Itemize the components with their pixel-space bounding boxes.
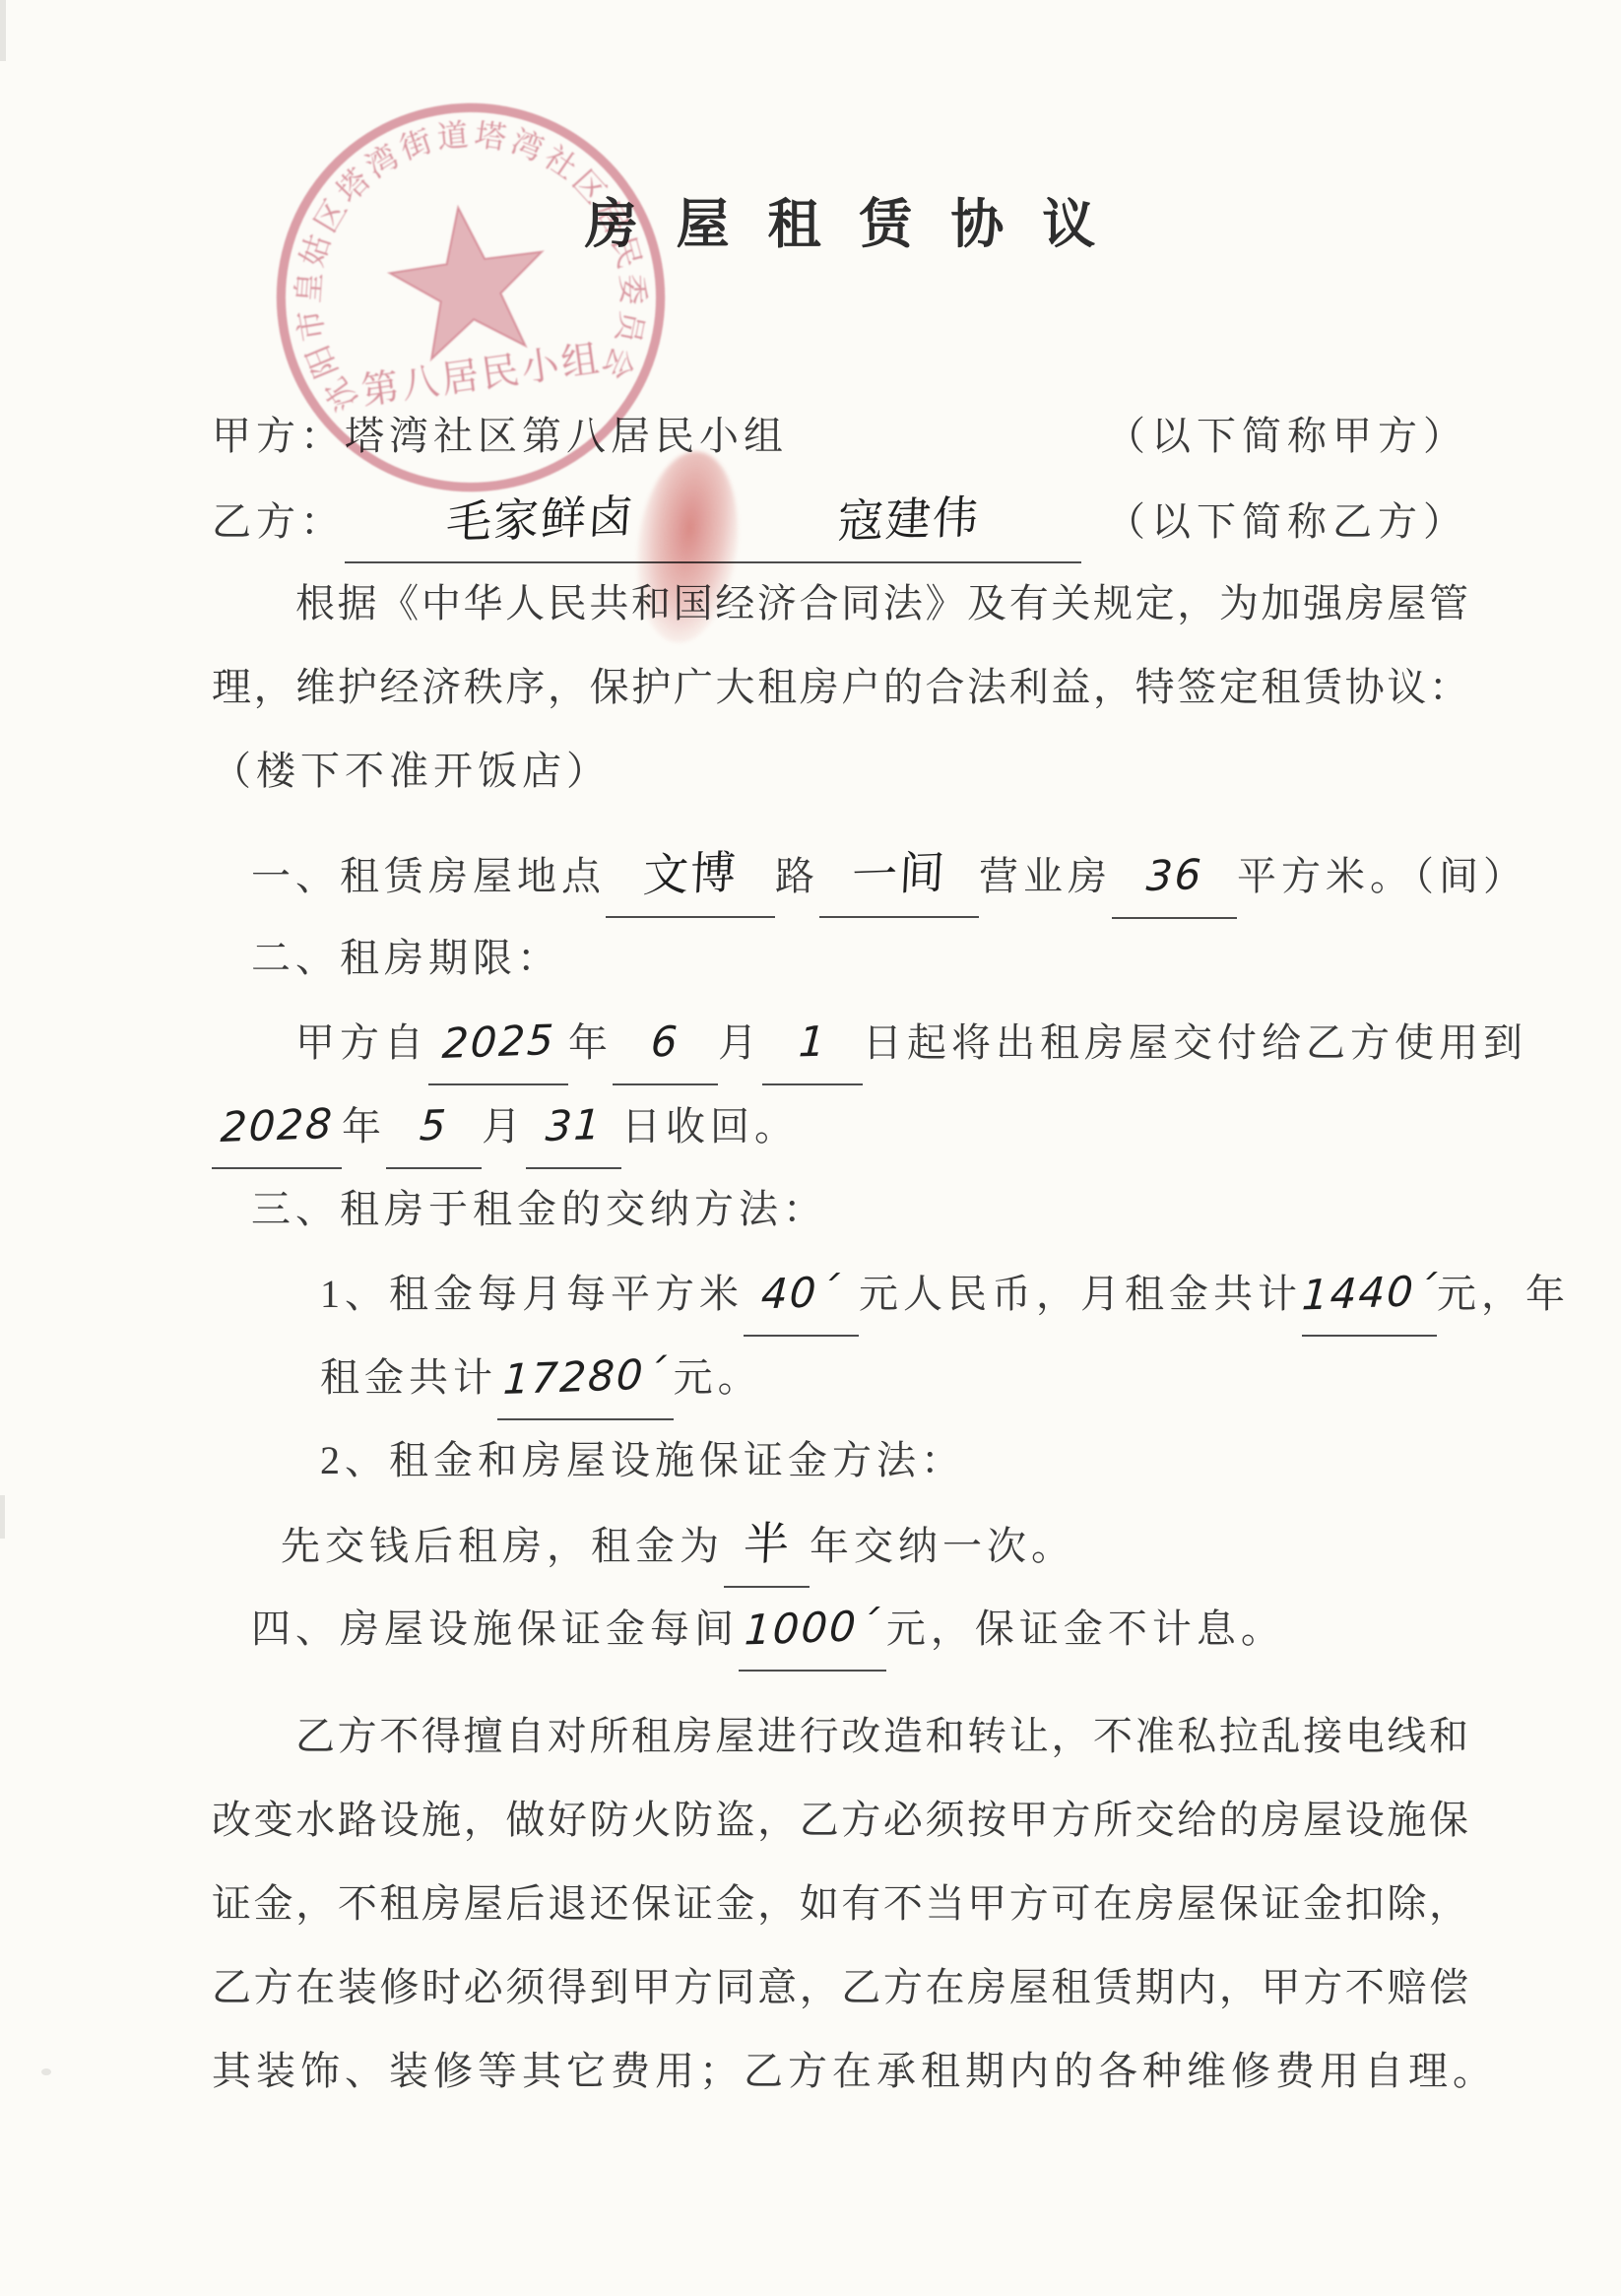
area-blank: 36 — [1112, 833, 1237, 919]
end-day-blank: 31 — [526, 1083, 621, 1169]
party-a-suffix: （以下简称甲方） — [1106, 394, 1468, 478]
body-line-2: 改变水路设施，做好防火防盗，乙方必须按甲方所交给的房屋设施保 — [212, 1778, 1468, 1862]
end-month-blank: 5 — [386, 1083, 482, 1169]
payment-period-blank: 半 — [724, 1502, 810, 1588]
end-year-blank: 2028 — [212, 1083, 342, 1169]
payment-frequency-row: 先交钱后租房，租金为 半 年交纳一次。 — [212, 1502, 1468, 1586]
deposit-method-heading: 2、租金和房屋设施保证金方法： — [212, 1418, 1468, 1502]
yearly-rent-blank: 17280´ — [497, 1335, 674, 1420]
monthly-rent-blank: 1440´ — [1302, 1251, 1437, 1337]
clause-2-heading: 二、租房期限： — [212, 916, 1468, 1000]
clause-4-row: 四、房屋设施保证金每间 1000´ 元，保证金不计息。 — [212, 1586, 1468, 1670]
party-b-suffix: （以下简称乙方） — [1106, 480, 1468, 563]
document-page: 房屋租赁协议 甲方： 塔湾社区第八居民小组 （以下简称甲方） 乙方： 毛家鲜卤 … — [0, 0, 1621, 2296]
party-b-row: 乙方： 毛家鲜卤 寇建伟 （以下简称乙方） — [212, 478, 1468, 561]
start-day-blank: 1 — [762, 1000, 863, 1085]
room-count-blank: 一间 — [819, 832, 979, 918]
party-a-row: 甲方： 塔湾社区第八居民小组 （以下简称甲方） — [212, 394, 1468, 478]
preamble-line-2: 理，维护经济秩序，保护广大租房户的合法利益，特签定租赁协议： — [212, 645, 1468, 729]
clause-1-text: 一、租赁房屋地点 — [251, 834, 606, 918]
party-a-value: 塔湾社区第八居民小组 — [345, 394, 788, 478]
body-line-4: 乙方在装修时必须得到甲方同意，乙方在房屋租赁期内，甲方不赔偿 — [212, 1945, 1468, 2029]
yearly-rent-row: 租金共计 17280´ 元。 — [212, 1335, 1468, 1418]
page-title: 房屋租赁协议 — [212, 195, 1468, 254]
start-month-blank: 6 — [613, 1000, 718, 1085]
party-b-business-name: 毛家鲜卤 — [444, 475, 637, 565]
party-b-name-blank: 毛家鲜卤 寇建伟 — [345, 478, 1081, 563]
body-line-5: 其装饰、装修等其它费用；乙方在承租期内的各种维修费用自理。 — [212, 2029, 1468, 2113]
lease-end-row: 2028 年 5 月 31 日收回。 — [212, 1083, 1468, 1167]
scan-artifact — [41, 2068, 51, 2075]
rent-rate-row: 1、租金每月每平方米 40´ 元人民币，月租金共计 1440´ 元，年 — [212, 1251, 1468, 1335]
rate-per-sqm-blank: 40´ — [744, 1251, 859, 1337]
body-line-1: 乙方不得擅自对所租房屋进行改造和转让，不准私拉乱接电线和 — [212, 1694, 1468, 1778]
scan-artifact — [0, 1495, 5, 1539]
lease-start-row: 甲方自 2025 年 6 月 1 日起将出租房屋交付给乙方使用到 — [212, 1000, 1468, 1083]
preamble-note: （楼下不准开饭店） — [212, 729, 1468, 813]
body-line-3: 证金，不租房屋后退还保证金，如有不当甲方可在房屋保证金扣除， — [212, 1862, 1468, 1945]
party-b-signer-name: 寇建伟 — [836, 475, 982, 563]
party-a-label: 甲方： — [212, 394, 345, 478]
start-year-blank: 2025 — [428, 1000, 568, 1085]
party-b-label: 乙方： — [212, 480, 345, 563]
preamble-line-1: 根据《中华人民共和国经济合同法》及有关规定，为加强房屋管 — [212, 561, 1468, 645]
deposit-amount-blank: 1000´ — [739, 1586, 886, 1672]
clause-3-heading: 三、租房于租金的交纳方法： — [212, 1167, 1468, 1251]
clause-1-row: 一、租赁房屋地点 文博 路 一间 营业房 36 平方米。（间） — [212, 832, 1468, 916]
street-name-blank: 文博 — [606, 832, 775, 918]
scan-artifact — [0, 0, 6, 61]
